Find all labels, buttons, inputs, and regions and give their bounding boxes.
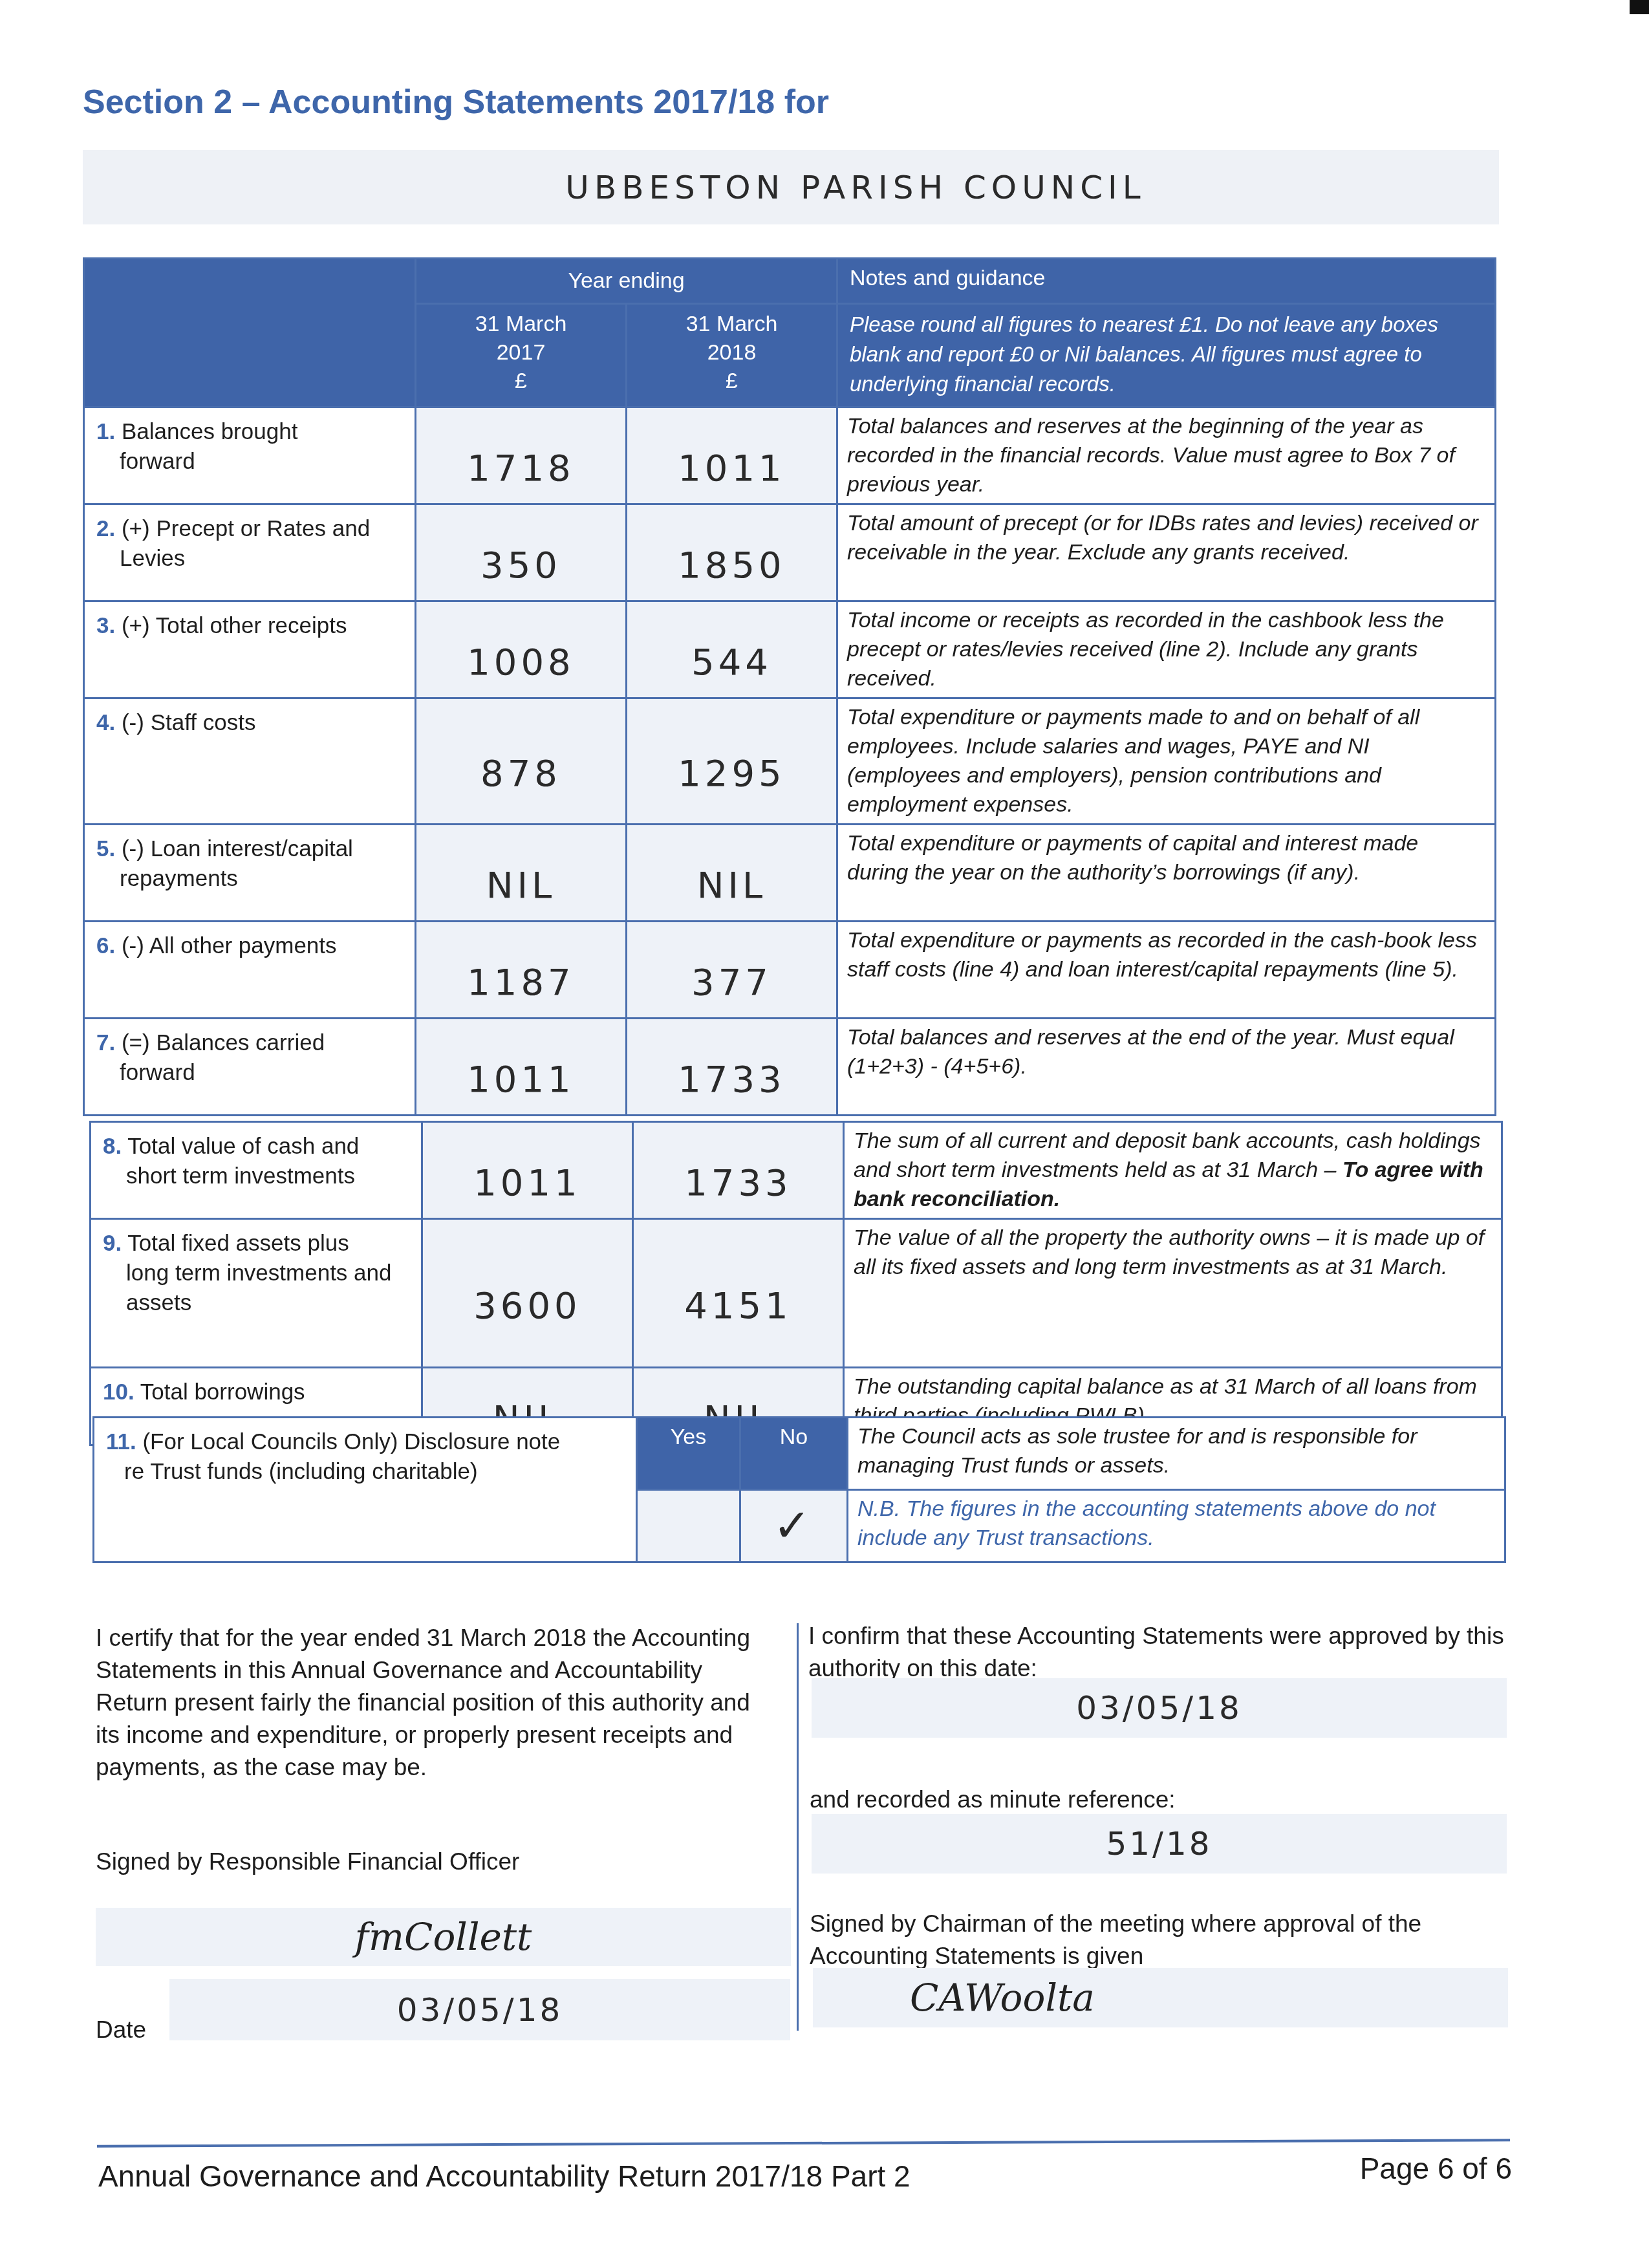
value-2017[interactable]: NIL: [416, 825, 627, 922]
statement-row: 9. Total fixed assets pluslong term inve…: [91, 1219, 1502, 1368]
rfo-certification-text: I certify that for the year ended 31 Mar…: [96, 1622, 775, 1784]
value-2017[interactable]: 350: [416, 504, 627, 601]
row-label: 9. Total fixed assets pluslong term inve…: [91, 1219, 422, 1368]
notes-header: Notes and guidance: [837, 259, 1496, 304]
balances-table: 8. Total value of cash andshort term inv…: [89, 1121, 1503, 1446]
trust-funds-table: 11. (For Local Councils Only) Disclosure…: [92, 1416, 1506, 1563]
statement-row: 6. (-) All other payments1187377Total ex…: [84, 922, 1496, 1019]
value-2017[interactable]: 1008: [416, 601, 627, 698]
yes-checkbox[interactable]: [637, 1490, 740, 1562]
footer-title: Annual Governance and Accountability Ret…: [98, 2159, 911, 2194]
statement-row: 5. (-) Loan interest/capitalrepaymentsNI…: [84, 825, 1496, 922]
value-2018[interactable]: 1850: [627, 504, 837, 601]
page-number: Page 6 of 6: [1360, 2151, 1512, 2186]
chair-signed-label: Signed by Chairman of the meeting where …: [810, 1908, 1508, 1972]
statement-row: 3. (+) Total other receipts1008544Total …: [84, 601, 1496, 698]
value-2018[interactable]: 377: [627, 922, 837, 1019]
row-note: The value of all the property the author…: [844, 1219, 1502, 1368]
value-2017[interactable]: 3600: [422, 1219, 633, 1368]
rfo-date: 03/05/18: [397, 1991, 563, 2029]
row-note: Total balances and reserves at the begin…: [837, 407, 1496, 504]
value-2017[interactable]: 1011: [422, 1122, 633, 1219]
row-label: 6. (-) All other payments: [84, 922, 416, 1019]
chair-signature-field[interactable]: CAWoolta: [813, 1968, 1508, 2027]
trust-note: The Council acts as sole trustee for and…: [848, 1418, 1505, 1490]
row-note: Total amount of precept (or for IDBs rat…: [837, 504, 1496, 601]
row-note: Total expenditure or payments made to an…: [837, 698, 1496, 825]
minute-ref-label: and recorded as minute reference:: [810, 1786, 1176, 1813]
approval-date-field[interactable]: 03/05/18: [812, 1678, 1507, 1738]
value-2018[interactable]: 1733: [627, 1019, 837, 1116]
approval-statement: I confirm that these Accounting Statemen…: [808, 1620, 1507, 1685]
row-label: 5. (-) Loan interest/capitalrepayments: [84, 825, 416, 922]
value-2018[interactable]: 4151: [633, 1219, 844, 1368]
col-2018-header: 31 March 2018 £: [627, 304, 837, 407]
value-2018[interactable]: 1011: [627, 407, 837, 504]
statement-row: 2. (+) Precept or Rates andLevies3501850…: [84, 504, 1496, 601]
entity-name-field[interactable]: UBBESTON PARISH COUNCIL: [83, 150, 1499, 224]
row-note: Total expenditure or payments as recorde…: [837, 922, 1496, 1019]
row-note: Total balances and reserves at the end o…: [837, 1019, 1496, 1116]
value-2018[interactable]: 1295: [627, 698, 837, 825]
statement-row: 7. (=) Balances carriedforward10111733To…: [84, 1019, 1496, 1116]
header-blank: [84, 259, 416, 407]
trust-label: 11. (For Local Councils Only) Disclosure…: [94, 1418, 637, 1562]
value-2018[interactable]: NIL: [627, 825, 837, 922]
row-note: The sum of all current and deposit bank …: [844, 1122, 1502, 1219]
yes-header: Yes: [637, 1418, 740, 1490]
row-note: Total income or receipts as recorded in …: [837, 601, 1496, 698]
value-2018[interactable]: 544: [627, 601, 837, 698]
row-label: 1. Balances broughtforward: [84, 407, 416, 504]
page-title: Section 2 – Accounting Statements 2017/1…: [83, 83, 829, 122]
value-2018[interactable]: 1733: [633, 1122, 844, 1219]
value-2017[interactable]: 1187: [416, 922, 627, 1019]
value-2017[interactable]: 878: [416, 698, 627, 825]
rfo-date-field[interactable]: 03/05/18: [169, 1979, 790, 2040]
minute-ref-field[interactable]: 51/18: [812, 1814, 1507, 1874]
notes-guidance: Please round all figures to nearest £1. …: [837, 304, 1496, 407]
minute-ref: 51/18: [1106, 1825, 1212, 1863]
rfo-signature: fmCollett: [355, 1915, 532, 1959]
statement-row: 1. Balances broughtforward17181011Total …: [84, 407, 1496, 504]
date-label: Date: [96, 2016, 146, 2044]
chair-signature: CAWoolta: [910, 1976, 1095, 2020]
value-2017[interactable]: 1718: [416, 407, 627, 504]
no-header: No: [740, 1418, 848, 1490]
row-note: Total expenditure or payments of capital…: [837, 825, 1496, 922]
row-label: 2. (+) Precept or Rates andLevies: [84, 504, 416, 601]
footer-divider: [97, 2139, 1510, 2148]
no-checkbox[interactable]: ✓: [740, 1490, 848, 1562]
row-label: 7. (=) Balances carriedforward: [84, 1019, 416, 1116]
row-label: 3. (+) Total other receipts: [84, 601, 416, 698]
column-divider: [797, 1623, 799, 2031]
rfo-signed-label: Signed by Responsible Financial Officer: [96, 1848, 519, 1875]
accounting-statements-table: Year ending Notes and guidance 31 March …: [83, 257, 1496, 1116]
year-ending-header: Year ending: [416, 259, 837, 304]
check-mark-icon: ✓: [773, 1499, 815, 1552]
trust-nb-note: N.B. The figures in the accounting state…: [848, 1490, 1505, 1562]
approval-date: 03/05/18: [1076, 1689, 1242, 1727]
row-label: 8. Total value of cash andshort term inv…: [91, 1122, 422, 1219]
statement-row: 8. Total value of cash andshort term inv…: [91, 1122, 1502, 1219]
row-label: 4. (-) Staff costs: [84, 698, 416, 825]
col-2017-header: 31 March 2017 £: [416, 304, 627, 407]
scan-edge: [0, 0, 1649, 6]
entity-name-value: UBBESTON PARISH COUNCIL: [83, 150, 1499, 224]
value-2017[interactable]: 1011: [416, 1019, 627, 1116]
statement-row: 4. (-) Staff costs8781295Total expenditu…: [84, 698, 1496, 825]
rfo-signature-field[interactable]: fmCollett: [96, 1908, 791, 1966]
